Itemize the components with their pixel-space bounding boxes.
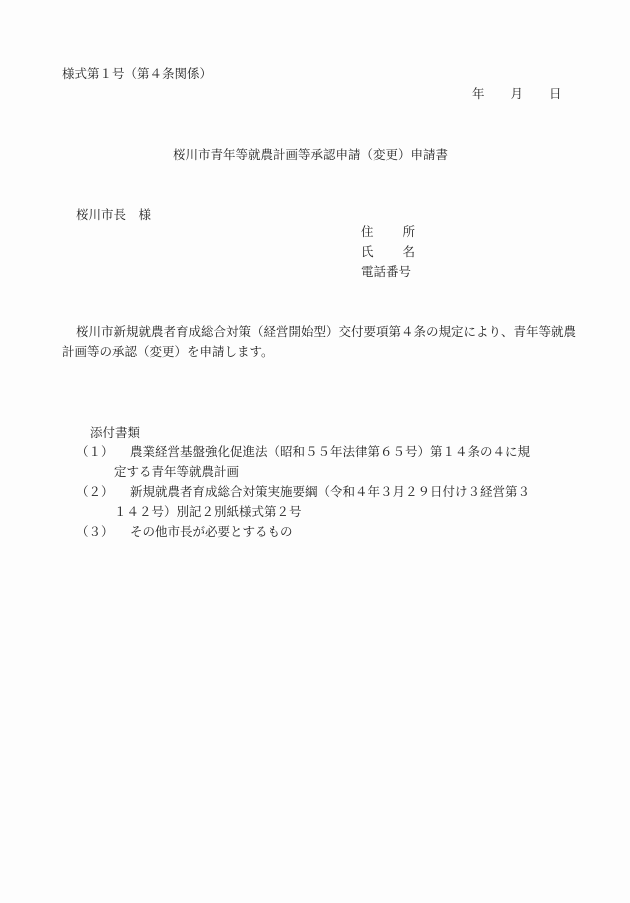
attachments-list: （１） 農業経営基盤強化促進法（昭和５５年法律第６５号）第１４条の４に規 定する… (76, 442, 576, 542)
attachments-heading: 添付書類 (90, 423, 140, 443)
attachment-text-line1: 新規就農者育成総合対策実施要綱（令和４年３月２９日付け３経営第３ (130, 482, 570, 502)
body-paragraph: 桜川市新規就農者育成総合対策（経営開始型）交付要項第４条の規定により、青年等就農… (62, 322, 582, 362)
name-field: 氏 名 (361, 242, 417, 262)
date-month-label: 月 (511, 84, 524, 104)
attachment-item-1: （１） 農業経営基盤強化促進法（昭和５５年法律第６５号）第１４条の４に規 定する… (76, 442, 576, 482)
date-line: 年月日 (472, 84, 562, 104)
address-label: 住 所 (361, 222, 415, 242)
applicant-block: 住 所 氏 名 電話番号 (361, 222, 417, 282)
form-number: 様式第１号（第４条関係） (62, 64, 212, 84)
attachment-text-line1: 農業経営基盤強化促進法（昭和５５年法律第６５号）第１４条の４に規 (130, 442, 570, 462)
phone-label: 電話番号 (361, 262, 417, 282)
document-title: 桜川市青年等就農計画等承認申請（変更）申請書 (173, 145, 448, 165)
addressee: 桜川市長 様 (76, 205, 151, 225)
attachment-item-2: （２） 新規就農者育成総合対策実施要綱（令和４年３月２９日付け３経営第３ １４２… (76, 482, 576, 522)
phone-field: 電話番号 (361, 262, 417, 282)
attachment-number: （３） (76, 522, 130, 542)
date-day-label: 日 (549, 84, 562, 104)
attachment-text-line2: １４２号）別記２別紙様式第２号 (114, 502, 570, 522)
name-label: 氏 名 (361, 242, 415, 262)
attachment-item-3: （３） その他市長が必要とするもの (76, 522, 576, 542)
address-field: 住 所 (361, 222, 417, 242)
attachment-text-line1: その他市長が必要とするもの (130, 522, 570, 542)
attachment-text-line2: 定する青年等就農計画 (114, 462, 570, 482)
date-year-label: 年 (472, 84, 485, 104)
